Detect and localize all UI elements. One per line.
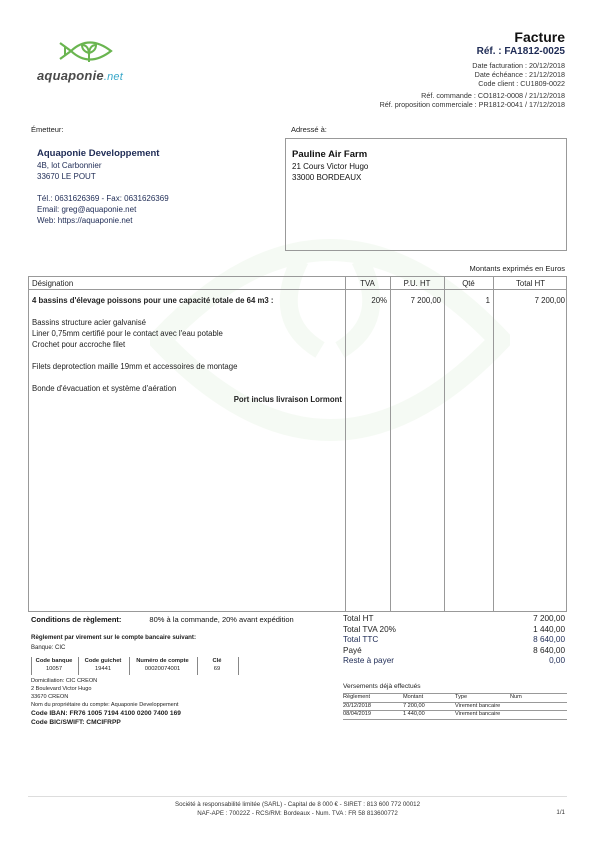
payments-header-row: Règlement Montant Type Num bbox=[343, 693, 567, 703]
fish-sprout-logo-icon bbox=[57, 36, 117, 66]
payment-amount: 1 440,00 bbox=[403, 711, 425, 719]
logo-text-main: aquaponie bbox=[37, 68, 104, 83]
items-table: Désignation TVA P.U. HT Qté Total HT 4 b… bbox=[28, 276, 567, 612]
bank-col-header: Code banque bbox=[32, 657, 76, 665]
bank-name: Banque: CIC bbox=[31, 644, 196, 652]
recipient-address-line: 33000 BORDEAUX bbox=[292, 172, 368, 183]
item-detail-line: Liner 0,75mm certifié pour le contact av… bbox=[32, 328, 342, 339]
bic-swift: Code BIC/SWIFT: CMCIFRPP bbox=[31, 718, 181, 727]
domiciliation-line: Domiciliation: CIC CREON bbox=[31, 677, 181, 685]
payments-col-header: Règlement bbox=[343, 694, 370, 702]
logo-text-suffix: .net bbox=[104, 71, 123, 83]
payments-col-header: Montant bbox=[403, 694, 423, 702]
table-row: 20/12/2018 7 200,00 Virement bancaire bbox=[343, 703, 567, 712]
payments-title: Versements déjà effectués bbox=[343, 683, 567, 690]
page-number: 1/1 bbox=[556, 809, 565, 816]
column-header-tva: TVA bbox=[345, 278, 390, 289]
bank-col-header: Numéro de compte bbox=[130, 657, 195, 665]
rib-key: 69 bbox=[198, 665, 236, 673]
recipient-address-line: 21 Cours Victor Hugo bbox=[292, 161, 368, 172]
order-reference: Réf. commande : CO1812-0008 / 21/12/2018 bbox=[380, 91, 565, 100]
total-value: 7 200,00 bbox=[533, 614, 565, 625]
table-header-divider bbox=[29, 289, 566, 290]
document-title: Facture bbox=[380, 29, 565, 45]
payment-type: Virement bancaire bbox=[455, 711, 500, 719]
payments-col-header: Type bbox=[455, 694, 467, 702]
bank-col-header: Clé bbox=[198, 657, 236, 665]
table-row: 08/04/2019 1 440,00 Virement bancaire bbox=[343, 711, 567, 720]
bank-info: Règlement par virement sur le compte ban… bbox=[31, 634, 196, 652]
logo-wordmark: aquaponie.net bbox=[37, 68, 123, 83]
due-date: Date échéance : 21/12/2018 bbox=[380, 70, 565, 79]
payment-conditions: Conditions de règlement:80% à la command… bbox=[31, 615, 294, 624]
company-logo: aquaponie.net bbox=[37, 36, 147, 88]
payment-date: 20/12/2018 bbox=[343, 703, 371, 711]
item-total: 7 200,00 bbox=[493, 295, 565, 306]
item-detail-line: Filets deprotection maille 19mm et acces… bbox=[32, 361, 342, 372]
item-title: 4 bassins d'élevage poissons pour une ca… bbox=[32, 295, 342, 306]
column-divider bbox=[390, 277, 391, 611]
sender-address-line: 33670 LE POUT bbox=[37, 171, 169, 182]
total-value: 8 640,00 bbox=[533, 635, 565, 646]
payment-type: Virement bancaire bbox=[455, 703, 500, 711]
total-label: Total TTC bbox=[343, 635, 378, 646]
column-header-total: Total HT bbox=[493, 278, 568, 289]
item-detail-line: Bassins structure acier galvanisé bbox=[32, 317, 342, 328]
recipient-label: Adressé à: bbox=[291, 125, 327, 134]
recipient-block: Pauline Air Farm 21 Cours Victor Hugo 33… bbox=[292, 148, 368, 183]
sender-block: Aquaponie Developpement 4B, lot Carbonni… bbox=[37, 147, 169, 226]
sender-website[interactable]: Web: https://aquaponie.net bbox=[37, 215, 169, 226]
proposal-reference: Réf. proposition commerciale : PR1812-00… bbox=[380, 100, 565, 109]
bank-code: 10057 bbox=[32, 665, 76, 673]
branch-code: 19441 bbox=[79, 665, 127, 673]
item-unit-price: 7 200,00 bbox=[390, 295, 441, 306]
recipient-name: Pauline Air Farm bbox=[292, 148, 368, 161]
footer-line: NAF-APE : 70022Z - RCS/RM: Bordeaux - Nu… bbox=[0, 809, 595, 818]
column-header-quantity: Qté bbox=[444, 278, 493, 289]
payment-date: 08/04/2019 bbox=[343, 711, 371, 719]
invoice-date: Date facturation : 20/12/2018 bbox=[380, 61, 565, 70]
legal-footer: Société à responsabilité limitée (SARL) … bbox=[0, 800, 595, 818]
item-detail-line: Crochet pour accroche filet bbox=[32, 339, 342, 350]
column-divider bbox=[493, 277, 494, 611]
total-label: Reste à payer bbox=[343, 656, 394, 667]
payment-conditions-value: 80% à la commande, 20% avant expédition bbox=[149, 615, 293, 624]
account-number: 00020074001 bbox=[130, 665, 195, 673]
client-code: Code client : CU1809-0022 bbox=[380, 79, 565, 88]
sender-label: Émetteur: bbox=[31, 125, 64, 134]
item-note: Port inclus livraison Lormont bbox=[32, 394, 342, 405]
sender-name: Aquaponie Developpement bbox=[37, 147, 169, 160]
bank-heading: Règlement par virement sur le compte ban… bbox=[31, 634, 196, 642]
sender-phone: Tél.: 0631626369 - Fax: 0631626369 bbox=[37, 193, 169, 204]
domiciliation-line: 2 Boulevard Victor Hugo bbox=[31, 685, 181, 693]
footer-divider bbox=[28, 796, 567, 797]
total-value: 1 440,00 bbox=[533, 625, 565, 636]
total-value: 8 640,00 bbox=[533, 646, 565, 657]
payment-amount: 7 200,00 bbox=[403, 703, 425, 711]
sender-email[interactable]: Email: greg@aquaponie.net bbox=[37, 204, 169, 215]
column-header-designation: Désignation bbox=[32, 278, 73, 289]
column-divider bbox=[345, 277, 346, 611]
bank-domiciliation: Domiciliation: CIC CREON 2 Boulevard Vic… bbox=[31, 677, 181, 727]
payments-table: Versements déjà effectués Règlement Mont… bbox=[343, 683, 567, 720]
currency-note: Montants exprimés en Euros bbox=[470, 264, 565, 273]
totals-block: Total HT7 200,00 Total TVA 20%1 440,00 T… bbox=[343, 614, 565, 667]
account-owner: Nom du propriétaire du compte: Aquaponie… bbox=[31, 701, 181, 709]
invoice-reference: Réf. : FA1812-0025 bbox=[380, 45, 565, 58]
column-header-unit-price: P.U. HT bbox=[390, 278, 444, 289]
total-value: 0,00 bbox=[549, 656, 565, 667]
item-tva: 20% bbox=[345, 295, 387, 306]
total-label: Total TVA 20% bbox=[343, 625, 396, 636]
item-quantity: 1 bbox=[444, 295, 490, 306]
total-ttc-row: Total TTC8 640,00 bbox=[343, 635, 565, 646]
item-detail-line: Bonde d'évacuation et système d'aération bbox=[32, 383, 342, 394]
payments-col-header: Num bbox=[510, 694, 522, 702]
total-label: Total HT bbox=[343, 614, 373, 625]
remaining-row: Reste à payer0,00 bbox=[343, 656, 565, 667]
footer-line: Société à responsabilité limitée (SARL) … bbox=[0, 800, 595, 809]
recipient-box: Pauline Air Farm 21 Cours Victor Hugo 33… bbox=[285, 138, 567, 251]
iban: Code IBAN: FR76 1005 7194 4100 0200 7400… bbox=[31, 709, 181, 718]
paid-row: Payé8 640,00 bbox=[343, 646, 565, 657]
bank-col-header: Code guichet bbox=[79, 657, 127, 665]
total-ht-row: Total HT7 200,00 bbox=[343, 614, 565, 625]
payment-conditions-label: Conditions de règlement: bbox=[31, 615, 121, 624]
total-tva-row: Total TVA 20%1 440,00 bbox=[343, 625, 565, 636]
table-row: 4 bassins d'élevage poissons pour une ca… bbox=[32, 295, 342, 405]
domiciliation-line: 33670 CREON bbox=[31, 693, 181, 701]
sender-address-line: 4B, lot Carbonnier bbox=[37, 160, 169, 171]
column-divider bbox=[444, 277, 445, 611]
total-label: Payé bbox=[343, 646, 362, 657]
invoice-header: Facture Réf. : FA1812-0025 Date facturat… bbox=[380, 29, 565, 109]
